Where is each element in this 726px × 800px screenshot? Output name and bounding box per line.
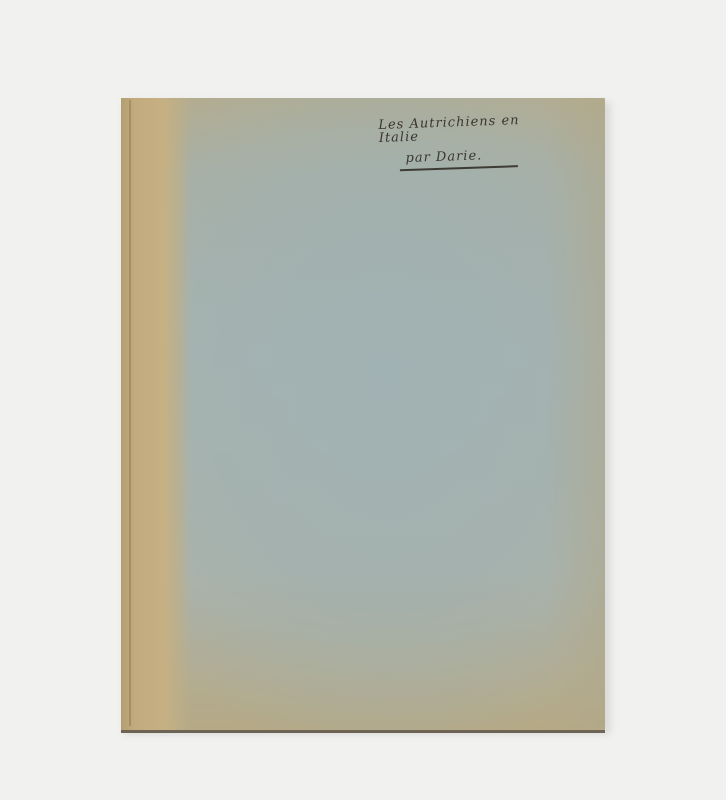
spine-fold [129,100,131,726]
book-cover: Les Autrichiens en Italie par Darie. [121,98,605,730]
handwritten-author: par Darie. [405,147,549,165]
book-spine [121,98,191,730]
handwritten-title: Les Autrichiens en Italie [378,113,549,145]
page-block-edge [121,730,605,733]
cover-edge-discoloration [545,98,605,730]
label-underline [400,165,518,171]
handwritten-label: Les Autrichiens en Italie par Darie. [378,113,550,171]
